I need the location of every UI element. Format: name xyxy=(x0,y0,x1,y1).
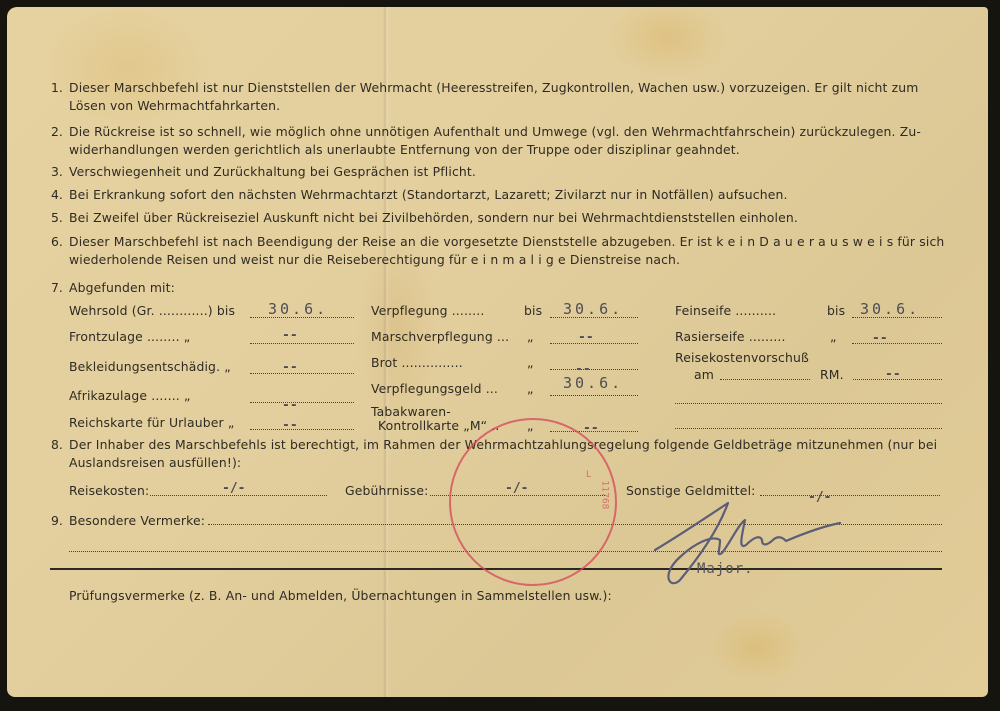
reisekosten-value: -/- xyxy=(222,481,245,496)
item-5-line1: Bei Zweifel über Rückreiseziel Auskunft … xyxy=(69,210,798,225)
extra-line-2[interactable] xyxy=(675,428,942,429)
verpflegung-sep: bis xyxy=(524,303,542,318)
item-2-line2: widerhandlungen werden gerichtlich als u… xyxy=(69,142,740,157)
item-9-number: 9. xyxy=(51,513,63,528)
item-6-line2: wiederholende Reisen und weist nur die R… xyxy=(69,252,680,267)
frontzulage-label: Frontzulage ........ „ xyxy=(69,329,190,344)
brot-label: Brot ............... xyxy=(371,355,463,370)
wehrsold-value: 30.6. xyxy=(268,300,328,318)
item-7-number: 7. xyxy=(51,280,63,295)
bekleidung-label: Bekleidungsentschädig. „ xyxy=(69,359,231,374)
feinseife-value: 30.6. xyxy=(860,300,920,318)
verpflegungsgeld-sep: „ xyxy=(527,381,534,396)
verpflegung-value: 30.6. xyxy=(563,300,623,318)
frontzulage-field[interactable] xyxy=(250,343,354,344)
item-2-number: 2. xyxy=(51,124,63,139)
marschverpflegung-value: -- xyxy=(578,330,594,345)
feinseife-sep: bis xyxy=(827,303,845,318)
afrikazulage-value: -- xyxy=(282,398,298,413)
reichskarte-value: -- xyxy=(282,418,298,433)
kontrollkarte-value: -- xyxy=(583,421,599,436)
signature-rank: Major. xyxy=(697,561,754,577)
vorschuss-am-label: am xyxy=(694,367,714,382)
reichskarte-label: Reichskarte für Urlauber „ xyxy=(69,415,234,430)
vorschuss-rm-label: RM. xyxy=(820,367,844,382)
marschverpflegung-field[interactable] xyxy=(550,343,638,344)
item-6-line1: Dieser Marschbefehl ist nach Beendigung … xyxy=(69,234,944,249)
verpflegung-label: Verpflegung ........ xyxy=(371,303,484,318)
brot-field[interactable] xyxy=(550,369,638,370)
rasierseife-value: -- xyxy=(872,331,888,346)
pruefungsvermerke-label: Prüfungsvermerke (z. B. An- und Abmelden… xyxy=(69,588,612,603)
wehrsold-label: Wehrsold (Gr. ............) bis xyxy=(69,303,235,318)
item-1-number: 1. xyxy=(51,80,63,95)
item-4-line1: Bei Erkrankung sofort den nächsten Wehrm… xyxy=(69,187,788,202)
item-3-number: 3. xyxy=(51,164,63,179)
brot-sep: „ xyxy=(527,355,534,370)
item-9-label: Besondere Vermerke: xyxy=(69,513,205,528)
stamp-number: 11768 xyxy=(599,481,609,510)
item-3-line1: Verschwiegenheit und Zurückhaltung bei G… xyxy=(69,164,476,179)
item-8-line2: Auslandsreisen ausfüllen!): xyxy=(69,455,241,470)
afrikazulage-field[interactable] xyxy=(250,402,354,403)
bekleidung-value: -- xyxy=(282,360,298,375)
kontrollkarte-label: Kontrollkarte „M“ .. xyxy=(378,418,500,433)
extra-line-1[interactable] xyxy=(675,403,942,404)
item-6-number: 6. xyxy=(51,234,63,249)
afrikazulage-label: Afrikazulage ....... „ xyxy=(69,388,191,403)
item-7-title: Abgefunden mit: xyxy=(69,280,175,295)
item-5-number: 5. xyxy=(51,210,63,225)
reichskarte-field[interactable] xyxy=(250,429,354,430)
vorschuss-date-field[interactable] xyxy=(720,379,810,380)
marschverpflegung-label: Marschverpflegung ... xyxy=(371,329,509,344)
bekleidung-field[interactable] xyxy=(250,373,354,374)
verpflegungsgeld-label: Verpflegungsgeld ... xyxy=(371,381,498,396)
gebuehrnisse-label: Gebührnisse: xyxy=(345,483,428,498)
stamp-partial-text: L xyxy=(586,470,591,480)
rasierseife-label: Rasierseife ......... xyxy=(675,329,786,344)
reisekosten-label: Reisekosten: xyxy=(69,483,149,498)
rasierseife-sep: „ xyxy=(830,329,837,344)
official-stamp xyxy=(449,418,617,586)
vorschuss-value: -- xyxy=(885,367,901,382)
item-8-number: 8. xyxy=(51,437,63,452)
tabakwaren-label: Tabakwaren- xyxy=(371,404,451,419)
feinseife-label: Feinseife .......... xyxy=(675,303,776,318)
item-1-line2: Lösen von Wehrmachtfahrkarten. xyxy=(69,98,280,113)
reisekostenvorschuss-label: Reisekostenvorschuß xyxy=(675,350,809,365)
item-2-line1: Die Rückreise ist so schnell, wie möglic… xyxy=(69,124,921,139)
verpflegungsgeld-field[interactable] xyxy=(550,395,638,396)
verpflegungsgeld-value: 30.6. xyxy=(563,374,623,392)
item-4-number: 4. xyxy=(51,187,63,202)
rasierseife-field[interactable] xyxy=(852,343,942,344)
frontzulage-value: -- xyxy=(282,328,298,343)
marschverpflegung-sep: „ xyxy=(527,329,534,344)
item-1-line1: Dieser Marschbefehl ist nur Dienststelle… xyxy=(69,80,919,95)
